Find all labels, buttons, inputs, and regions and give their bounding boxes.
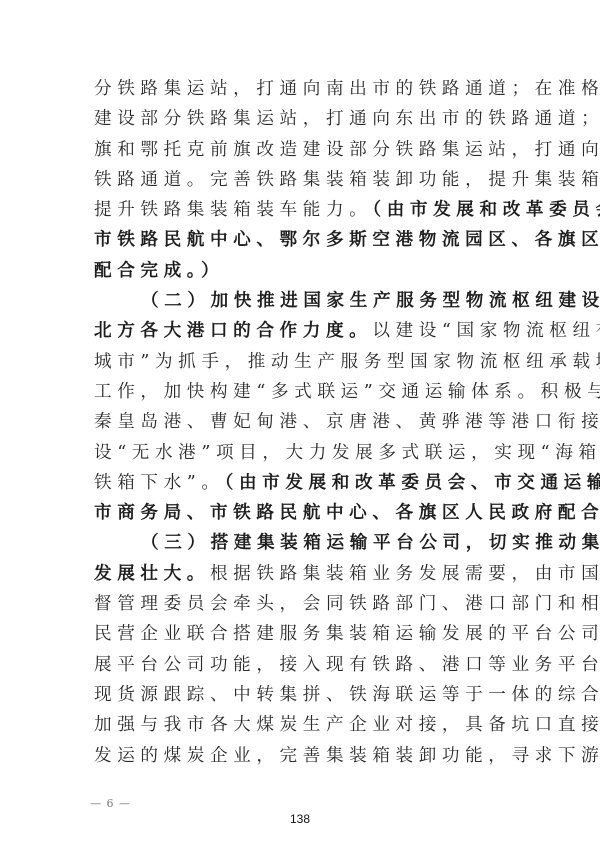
text-segment: 旗和鄂托克前旗改造建设部分铁路集运站，打通向西出市的 bbox=[94, 140, 600, 160]
bold-text-segment: （由市发展和改革委员会牵头， bbox=[372, 199, 600, 220]
text-line: 铁路通道。完善铁路集装箱装卸功能，提升集装箱装卸能力， bbox=[94, 165, 518, 195]
text-segment: 以建设“国家物流枢纽布局承载 bbox=[372, 321, 600, 341]
text-line: 铁箱下水”。（由市发展和改革委员会、市交通运输局牵头， bbox=[94, 468, 518, 498]
text-segment: 铁路通道。完善铁路集装箱装卸功能，提升集装箱装卸能力， bbox=[94, 170, 600, 190]
text-segment: 加强与我市各大煤炭生产企业对接，具备坑口直接采用铁路 bbox=[94, 715, 600, 735]
text-line: 建设部分铁路集运站，打通向东出市的铁路通道；在鄂托克 bbox=[94, 104, 518, 134]
text-line: 督管理委员会牵头，会同铁路部门、港口部门和相关国有、 bbox=[94, 589, 518, 619]
text-segment: 督管理委员会牵头，会同铁路部门、港口部门和相关国有、 bbox=[94, 594, 600, 614]
page-number: 138 bbox=[0, 812, 600, 826]
text-segment: 工作，加快构建“多式联运”交通运输体系。积极与天津港、 bbox=[94, 382, 600, 402]
text-line: 北方各大港口的合作力度。以建设“国家物流枢纽布局承载 bbox=[94, 316, 518, 346]
text-line: 市铁路民航中心、鄂尔多斯空港物流园区、各旗区人民政府 bbox=[94, 225, 518, 255]
bold-text-segment: （二）加快推进国家生产服务型物流枢纽建设，加强与 bbox=[141, 290, 600, 311]
text-line: 展平台公司功能，接入现有铁路、港口等业务平台信息，实 bbox=[94, 650, 518, 680]
text-segment: 秦皇岛港、曹妃甸港、京唐港、黄骅港等港口衔接，加快建 bbox=[94, 412, 600, 432]
text-line: 民营企业联合搭建服务集装箱运输发展的平台公司，逐步扩 bbox=[94, 619, 518, 649]
bold-text-segment: 市铁路民航中心、鄂尔多斯空港物流园区、各旗区人民政府 bbox=[94, 229, 600, 250]
text-segment: 城市”为抓手，推动生产服务型国家物流枢纽承载城市建设 bbox=[94, 352, 600, 372]
text-segment: 根据铁路集装箱业务发展需要，由市国有资产监 bbox=[210, 564, 600, 584]
text-line: （三）搭建集装箱运输平台公司，切实推动集装箱业务 bbox=[94, 528, 518, 558]
body-text: 分铁路集运站，打通向南出市的铁路通道；在准格尔旗改造建设部分铁路集运站，打通向东… bbox=[94, 74, 518, 771]
text-line: 现货源跟踪、中转集拼、铁海联运等于一体的综合服务系统。 bbox=[94, 680, 518, 710]
text-line: （二）加快推进国家生产服务型物流枢纽建设，加强与 bbox=[94, 286, 518, 316]
text-line: 市商务局、市铁路民航中心、各旗区人民政府配合完成。） bbox=[94, 498, 518, 528]
bold-text-segment: 市商务局、市铁路民航中心、各旗区人民政府配合完成。） bbox=[94, 502, 600, 523]
text-segment: 现货源跟踪、中转集拼、铁海联运等于一体的综合服务系统。 bbox=[94, 685, 600, 705]
bold-text-segment: 发展壮大。 bbox=[94, 563, 210, 584]
text-line: 发展壮大。根据铁路集装箱业务发展需要，由市国有资产监 bbox=[94, 559, 518, 589]
text-segment: 分铁路集运站，打通向南出市的铁路通道；在准格尔旗改造 bbox=[94, 79, 600, 99]
text-line: 发运的煤炭企业，完善集装箱装卸功能，寻求下游有集装箱 bbox=[94, 741, 518, 771]
text-segment: 展平台公司功能，接入现有铁路、港口等业务平台信息，实 bbox=[94, 655, 600, 675]
bold-text-segment: （三）搭建集装箱运输平台公司，切实推动集装箱业务 bbox=[141, 532, 600, 553]
text-line: 分铁路集运站，打通向南出市的铁路通道；在准格尔旗改造 bbox=[94, 74, 518, 104]
bold-text-segment: 配合完成。） bbox=[94, 260, 224, 281]
text-line: 城市”为抓手，推动生产服务型国家物流枢纽承载城市建设 bbox=[94, 347, 518, 377]
text-line: 旗和鄂托克前旗改造建设部分铁路集运站，打通向西出市的 bbox=[94, 135, 518, 165]
bold-text-segment: （由市发展和改革委员会、市交通运输局牵头， bbox=[225, 472, 600, 493]
text-segment: 设“无水港”项目，大力发展多式联运，实现“海箱上路、 bbox=[94, 443, 600, 463]
bold-text-segment: 北方各大港口的合作力度。 bbox=[94, 320, 372, 341]
text-line: 配合完成。） bbox=[94, 256, 518, 286]
inner-page-number: — 6 — bbox=[90, 797, 131, 810]
text-line: 提升铁路集装箱装车能力。（由市发展和改革委员会牵头， bbox=[94, 195, 518, 225]
text-segment: 民营企业联合搭建服务集装箱运输发展的平台公司，逐步扩 bbox=[94, 624, 600, 644]
text-segment: 提升铁路集装箱装车能力。 bbox=[94, 200, 372, 220]
text-segment: 建设部分铁路集运站，打通向东出市的铁路通道；在鄂托克 bbox=[94, 109, 600, 129]
text-line: 设“无水港”项目，大力发展多式联运，实现“海箱上路、 bbox=[94, 438, 518, 468]
text-segment: 发运的煤炭企业，完善集装箱装卸功能，寻求下游有集装箱 bbox=[94, 746, 600, 766]
text-line: 工作，加快构建“多式联运”交通运输体系。积极与天津港、 bbox=[94, 377, 518, 407]
text-line: 加强与我市各大煤炭生产企业对接，具备坑口直接采用铁路 bbox=[94, 710, 518, 740]
document-page: 分铁路集运站，打通向南出市的铁路通道；在准格尔旗改造建设部分铁路集运站，打通向东… bbox=[0, 0, 600, 848]
text-line: 秦皇岛港、曹妃甸港、京唐港、黄骅港等港口衔接，加快建 bbox=[94, 407, 518, 437]
text-segment: 铁箱下水”。 bbox=[94, 473, 225, 493]
